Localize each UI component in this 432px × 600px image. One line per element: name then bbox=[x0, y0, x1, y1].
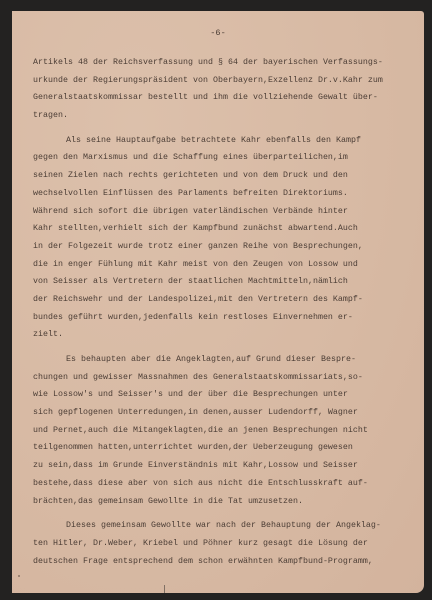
paragraph-2: Als seine Hauptaufgabe betrachtete Kahr … bbox=[33, 132, 413, 344]
text-line: wechselvollen Einflüssen des Parlaments … bbox=[33, 185, 413, 203]
page-number: -6- bbox=[12, 28, 424, 38]
text-line: teilgenommen hatten,unterrichtet wurden,… bbox=[33, 439, 413, 457]
text-line: die in enger Fühlung mit Kahr meist von … bbox=[33, 256, 413, 274]
document-page: -6- Artikels 48 der Reichsverfassung und… bbox=[12, 11, 424, 593]
paragraph-4: Dieses gemeinsam Gewollte war nach der B… bbox=[33, 517, 413, 570]
text-line: Kahr stellten,verhielt sich der Kampfbun… bbox=[33, 220, 413, 238]
text-line: von Seisser als Vertretern der staatlich… bbox=[33, 273, 413, 291]
text-line: Artikels 48 der Reichsverfassung und § 6… bbox=[33, 54, 413, 72]
text-line: ten Hitler, Dr.Weber, Kriebel und Pöhner… bbox=[33, 535, 413, 553]
text-line: bestehe,dass diese aber von sich aus nic… bbox=[33, 475, 413, 493]
text-line: gegen den Marxismus und die Schaffung ei… bbox=[33, 149, 413, 167]
text-line: Während sich sofort die übrigen vaterlän… bbox=[33, 203, 413, 221]
paper-speck bbox=[18, 575, 20, 577]
text-line: und Pernet,auch die Mitangeklagten,die a… bbox=[33, 422, 413, 440]
text-line: Es behaupten aber die Angeklagten,auf Gr… bbox=[33, 351, 413, 369]
text-line: bundes geführt wurden,jedenfalls kein re… bbox=[33, 309, 413, 327]
text-line: tragen. bbox=[33, 107, 413, 125]
text-line: der Reichswehr und der Landespolizei,mit… bbox=[33, 291, 413, 309]
text-line: urkunde der Regierungspräsident von Ober… bbox=[33, 72, 413, 90]
text-line: chungen und gewisser Massnahmen des Gene… bbox=[33, 369, 413, 387]
text-line: Als seine Hauptaufgabe betrachtete Kahr … bbox=[33, 132, 413, 150]
text-line: Generalstaatskommissar bestellt und ihm … bbox=[33, 89, 413, 107]
text-line: deutschen Frage entsprechend dem schon e… bbox=[33, 553, 413, 571]
document-body: Artikels 48 der Reichsverfassung und § 6… bbox=[33, 54, 413, 570]
paragraph-1: Artikels 48 der Reichsverfassung und § 6… bbox=[33, 54, 413, 125]
text-line: wie Lossow's und Seisser's und der über … bbox=[33, 386, 413, 404]
text-line: brächten,das gemeinsam Gewollte in die T… bbox=[33, 493, 413, 511]
text-line: in der Folgezeit wurde trotz einer ganze… bbox=[33, 238, 413, 256]
text-line: zielt. bbox=[33, 326, 413, 344]
text-line: sich gepflogenen Unterredungen,in denen,… bbox=[33, 404, 413, 422]
paper-tear bbox=[164, 585, 165, 593]
text-line: seinen Zielen nach rechts gerichteten un… bbox=[33, 167, 413, 185]
text-line: Dieses gemeinsam Gewollte war nach der B… bbox=[33, 517, 413, 535]
text-line: zu sein,dass im Grunde Einverständnis mi… bbox=[33, 457, 413, 475]
paragraph-3: Es behaupten aber die Angeklagten,auf Gr… bbox=[33, 351, 413, 510]
